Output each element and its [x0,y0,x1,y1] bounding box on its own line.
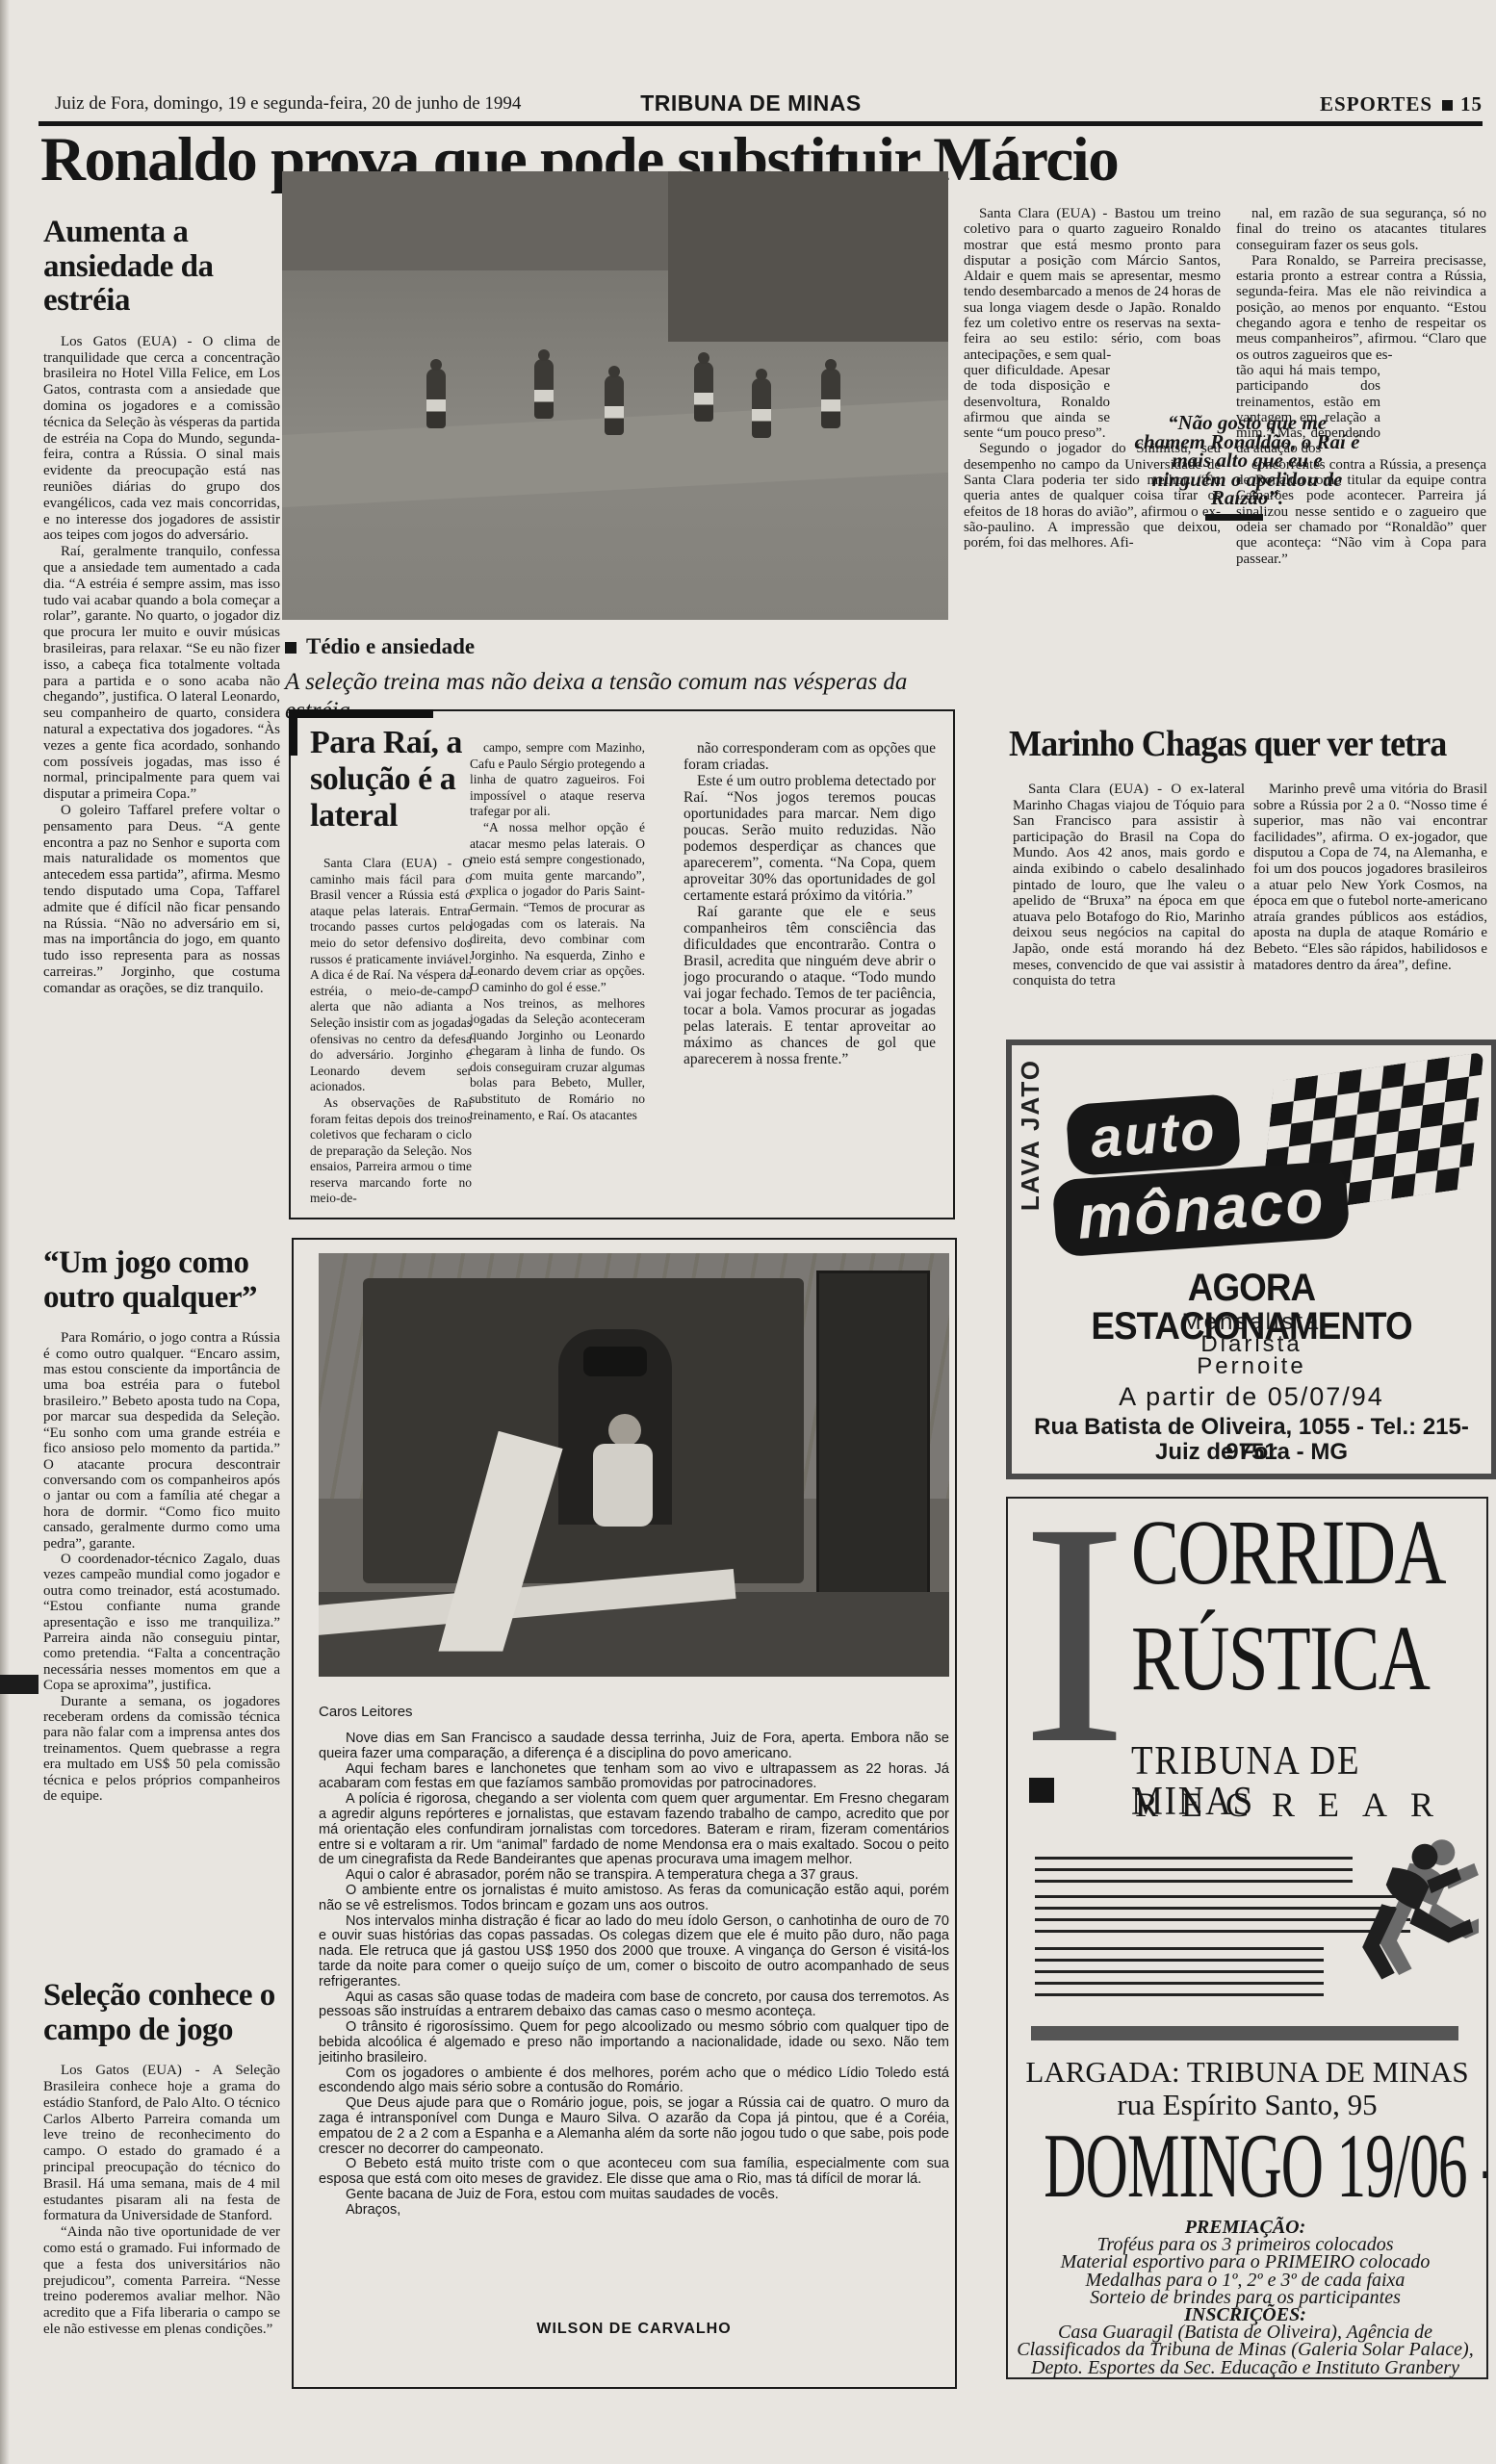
roman-numeral: I [1021,1497,1127,1793]
letter-signature: WILSON DE CARVALHO [319,2320,949,2338]
paragraph: Aqui o calor é abrasador, porém não se t… [319,1868,949,1884]
lava-jato-label: LAVA JATO [1018,1059,1043,1211]
service-item: Diarista [1012,1333,1491,1355]
paragraph: Material esportivo para o PRIMEIRO coloc… [1014,2253,1477,2271]
paragraph: Abraços, [319,2203,949,2219]
paragraph: Nos treinos, as melhores jogadas da Sele… [470,996,645,1124]
paragraph: Para Ronaldo, se Parreira precisasse, es… [1236,253,1486,363]
paragraph: “Ainda não tive oportunidade de ver como… [43,2224,280,2338]
paragraph: campo, sempre com Mazinho, Cafu e Paulo … [470,740,645,820]
auto-monaco-ad: LAVA JATO auto mônaco AGORA ESTACIONAMEN… [1006,1039,1496,1479]
paragraph: O Bebeto está muito triste com o que aco… [319,2157,949,2188]
paragraph: As observações de Raí foram feitas depoi… [310,1095,472,1207]
section-page: ESPORTES15 [1242,92,1483,116]
player-figure [821,369,840,428]
paragraph: não corresponderam com as opções que for… [684,740,936,773]
photo-man-shirt [593,1444,653,1527]
ad-city: Juiz de Fora - MG [1012,1440,1491,1465]
ad-title-line1: CORRIDA [1131,1506,1445,1599]
paragraph: Santa Clara (EUA) - O ex-lateral Marinho… [1013,782,1245,989]
para-rai-col3: não corresponderam com as opções que for… [684,740,936,1206]
pull-quote: “Não gosto que me chamem Ronaldão, o Raí… [1134,414,1360,508]
story-title: Aumenta a ansiedade da estréia [43,216,280,319]
paragraph: Nove dias em San Francisco a saudade des… [319,1732,949,1762]
speed-lines [1035,1857,1353,1884]
scan-edge-shadow [0,0,10,2464]
paragraph: Nos intervalos minha distração é ficar a… [319,1914,949,1990]
paragraph: A polícia é rigorosa, chegando a ser vio… [319,1792,949,1868]
ad-services: Mensalista Diarista Pernoite [1012,1311,1491,1377]
story-um-jogo: “Um jogo como outro qualquer” Para Romár… [43,1246,280,1970]
story-title: “Um jogo como outro qualquer” [43,1246,280,1315]
paragraph: Aqui as casas são quase todas de madeira… [319,1990,949,2021]
ad-subtitle2: RECREAR [1135,1787,1457,1822]
story-body: Los Gatos (EUA) - A Seleção Brasileira c… [43,2063,280,2338]
premiacao-list: Troféus para os 3 primeiros colocadosMat… [1014,2236,1477,2306]
paragraph: O coordenador-técnico Zagalo, duas vezes… [43,1552,280,1694]
paragraph: Marinho prevê uma vitória do Brasil sobr… [1253,782,1487,973]
paragraph: Durante a semana, os jogadores receberam… [43,1694,280,1805]
caption-title-text: Tédio e ansiedade [306,634,475,658]
para-rai-box: Para Raí, a solução é a lateral Santa Cl… [289,709,955,1219]
page-number: 15 [1460,92,1483,115]
paragraph: Raí, geralmente tranquilo, confessa que … [43,544,280,803]
paragraph-wrap-left: quer dificuldade. Apesar de toda disposi… [964,363,1110,441]
training-photo [282,171,948,620]
section-label: ESPORTES [1320,92,1432,115]
para-rai-col1: Santa Clara (EUA) - O caminho mais fácil… [310,856,472,1208]
paragraph: Aqui fecham bares e lanchonetes que tenh… [319,1762,949,1793]
pull-quote-rule [1205,514,1263,521]
paragraph: O goleiro Taffarel prefere voltar o pens… [43,803,280,997]
paragraph: Para Romário, o jogo contra a Rússia é c… [43,1330,280,1552]
letter-body: Nove dias em San Francisco a saudade des… [319,1732,949,2219]
numeral-foot-mark [1029,1778,1054,1803]
letter-salutation: Caros Leitores [319,1704,949,1720]
paragraph: Gente bacana de Juiz de Fora, estou com … [319,2188,949,2203]
newspaper-page: Juiz de Fora, domingo, 19 e segunda-feir… [0,0,1496,2464]
paragraph: Santa Clara (EUA) - O caminho mais fácil… [310,856,472,1095]
logo-auto: auto [1066,1093,1242,1176]
paragraph: Com os jogadores o ambiente é dos melhor… [319,2066,949,2097]
paragraph-group: nal, em razão de sua segurança, só no fi… [1236,206,1486,363]
player-figure [694,362,713,422]
paragraph: “A nossa melhor opção é atacar mesmo pel… [470,820,645,996]
photo-background-structure [282,171,668,270]
para-rai-title: Para Raí, a solução é a lateral [310,725,493,834]
player-figure [426,369,446,428]
player-figure [605,375,624,435]
caption-title: Tédio e ansiedade [285,633,948,660]
speed-lines [1035,1947,1324,1997]
paragraph: O ambiente entre os jornalistas é muito … [319,1884,949,1914]
margin-ink-mark [0,1675,39,1694]
photo-background-structure [668,171,948,342]
paragraph: O trânsito é rigorosíssimo. Quem for peg… [319,2020,949,2066]
player-figure [752,378,771,438]
letter-box: Caros Leitores Nove dias em San Francisc… [292,1238,957,2389]
paragraph: Los Gatos (EUA) - A Seleção Brasileira c… [43,2063,280,2224]
divider-bar [1031,2026,1458,2040]
inscricoes-text: Casa Guaragil (Batista de Oliveira), Agê… [1014,2323,1477,2376]
story-ansiedade: Aumenta a ansiedade da estréia Los Gatos… [43,216,280,1242]
logo-monaco: mônaco [1052,1160,1351,1257]
ad-start-date: A partir de 05/07/94 [1012,1384,1491,1410]
photo-bus-sign [583,1347,647,1376]
para-rai-col2: campo, sempre com Mazinho, Cafu e Paulo … [470,740,645,1204]
corrida-rustica-ad: I CORRIDA RÚSTICA TRIBUNA DE MINAS RECRE… [1006,1497,1488,2379]
paragraph: Los Gatos (EUA) - O clima de tranquilida… [43,334,280,544]
story-title: Seleção conhece o campo de jogo [43,1979,280,2047]
paragraph: nal, em razão de sua segurança, só no fi… [1236,206,1486,253]
runners-icon [1334,1837,1479,2020]
marinho-col1: Santa Clara (EUA) - O ex-lateral Marinho… [1013,782,1245,1030]
caption-bullet-square-icon [285,642,297,654]
marinho-title: Marinho Chagas quer ver tetra [1009,725,1463,765]
ad-title-line2: RÚSTICA [1131,1612,1429,1705]
story-selecao-campo: Seleção conhece o campo de jogo Los Gato… [43,1979,280,2395]
story-body: Los Gatos (EUA) - O clima de tranquilida… [43,334,280,997]
largada-line1: LARGADA: TRIBUNA DE MINAS [1008,2057,1486,2087]
event-datetime: DOMINGO 19/06 - 9 h [1044,2120,1450,2212]
paragraph: Santa Clara (EUA) - Bastou um treino col… [964,206,1221,363]
marinho-col2: Marinho prevê uma vitória do Brasil sobr… [1253,782,1487,1039]
section-bullet-square-icon [1442,100,1453,111]
paragraph: Raí garante que ele e seus companheiros … [684,904,936,1067]
story-body: Para Romário, o jogo contra a Rússia é c… [43,1330,280,1804]
premiacao-block: PREMIAÇÃO: Troféus para os 3 primeiros c… [1014,2219,1477,2376]
masthead: TRIBUNA DE MINAS [597,90,905,117]
dateline: Juiz de Fora, domingo, 19 e segunda-feir… [55,93,521,115]
bus-photo [319,1253,949,1677]
service-item: Mensalista [1012,1311,1491,1333]
service-item: Pernoite [1012,1355,1491,1377]
paragraph: Que Deus ajude para que o Romário jogue,… [319,2096,949,2157]
letter-text: Caros Leitores Nove dias em San Francisc… [319,1704,949,2368]
player-figure [534,359,554,419]
paragraph: Este é um outro problema detectado por R… [684,773,936,904]
